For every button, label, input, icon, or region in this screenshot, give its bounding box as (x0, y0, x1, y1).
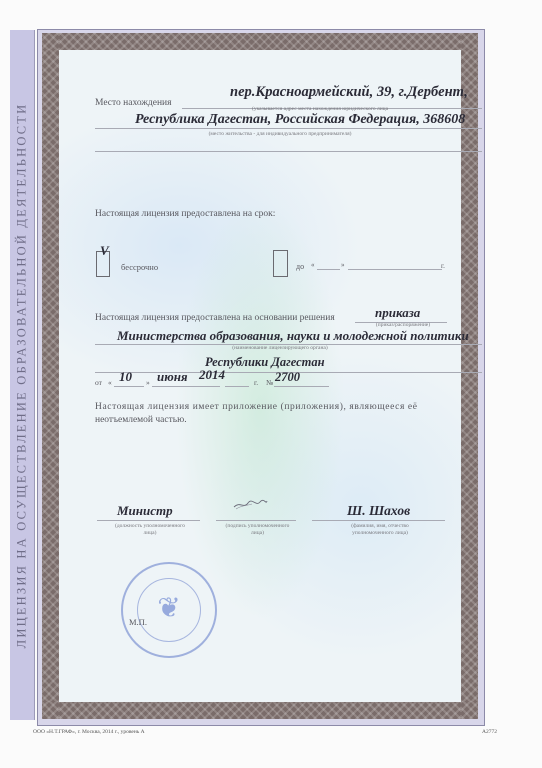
date-day-rule (114, 386, 144, 387)
date-year: 2014 (199, 367, 225, 383)
license-page: ЛИЦЕНЗИЯ НА ОСУЩЕСТВЛЕНИЕ ОБРАЗОВАТЕЛЬНО… (0, 0, 542, 768)
name-caption: (фамилия, имя, отчество уполномоченного … (335, 523, 425, 537)
side-title: ЛИЦЕНЗИЯ НА ОСУЩЕСТВЛЕНИЕ ОБРАЗОВАТЕЛЬНО… (10, 30, 34, 720)
serial-number: А2772 (482, 729, 497, 735)
signatory-name: Ш. Шахов (347, 503, 410, 519)
decision-type: приказа (375, 305, 420, 321)
stamp-place-label: М.П. (129, 617, 147, 627)
location-rule-2 (95, 128, 482, 129)
date-day: 10 (119, 369, 132, 385)
seal-inner-ring: ❦ (137, 578, 201, 642)
name-rule (312, 520, 445, 521)
signature-rule (216, 520, 296, 521)
location-label: Место нахождения (95, 98, 172, 108)
position-caption: (должность уполномоченного лица) (110, 523, 190, 537)
date-year-rule (225, 386, 249, 387)
handwritten-signature (232, 497, 268, 511)
until-checkbox (273, 250, 288, 277)
unlimited-checkmark: V (100, 243, 109, 259)
authority-caption: (наименование лицензирующего органа) (210, 345, 350, 352)
until-year-rule (420, 269, 442, 270)
signatory-position: Министр (117, 503, 173, 519)
until-day-rule (317, 269, 340, 270)
date-month-rule (152, 386, 220, 387)
location-line2: Республика Дагестан, Российская Федераци… (135, 112, 465, 128)
position-rule (97, 520, 200, 521)
official-seal: ❦ (121, 562, 217, 658)
date-month: июня (157, 369, 188, 385)
until-label: до (296, 262, 304, 271)
location-caption-2: (место жительства - для индивидуального … (180, 131, 380, 138)
until-quote-open: « (311, 261, 315, 269)
printer-info: ООО «Н.Т.ГРАФ», г. Москва, 2014 г., уров… (33, 729, 145, 735)
location-line1: пер.Красноармейский, 39, г.Дербент, (230, 84, 468, 101)
side-title-text: ЛИЦЕНЗИЯ НА ОСУЩЕСТВЛЕНИЕ ОБРАЗОВАТЕЛЬНО… (15, 102, 30, 648)
decision-number: 2700 (275, 370, 300, 385)
term-label: Настоящая лицензия предоставлена на срок… (95, 209, 275, 219)
date-prefix: от (95, 378, 102, 387)
unlimited-label: бессрочно (121, 262, 158, 272)
basis-label: Настоящая лицензия предоставлена на осно… (95, 313, 335, 323)
number-rule (274, 386, 329, 387)
until-quote-close: » (341, 261, 345, 269)
authority-line1: Министерства образования, науки и молоде… (117, 328, 469, 344)
date-quote-open: « (108, 378, 112, 387)
until-year-suffix: г. (441, 262, 445, 270)
appendix-line1: Настоящая лицензия имеет приложение (при… (95, 402, 418, 412)
eagle-emblem-icon: ❦ (154, 591, 184, 627)
number-prefix: № (266, 378, 273, 387)
date-quote-close: » (146, 378, 150, 387)
until-month-rule (348, 269, 430, 270)
signature-caption: (подпись уполномоченного лица) (220, 523, 295, 537)
appendix-line2: неотъемлемой частью. (95, 415, 187, 425)
location-rule-3 (95, 151, 482, 152)
date-year-suffix: г. (254, 378, 258, 387)
